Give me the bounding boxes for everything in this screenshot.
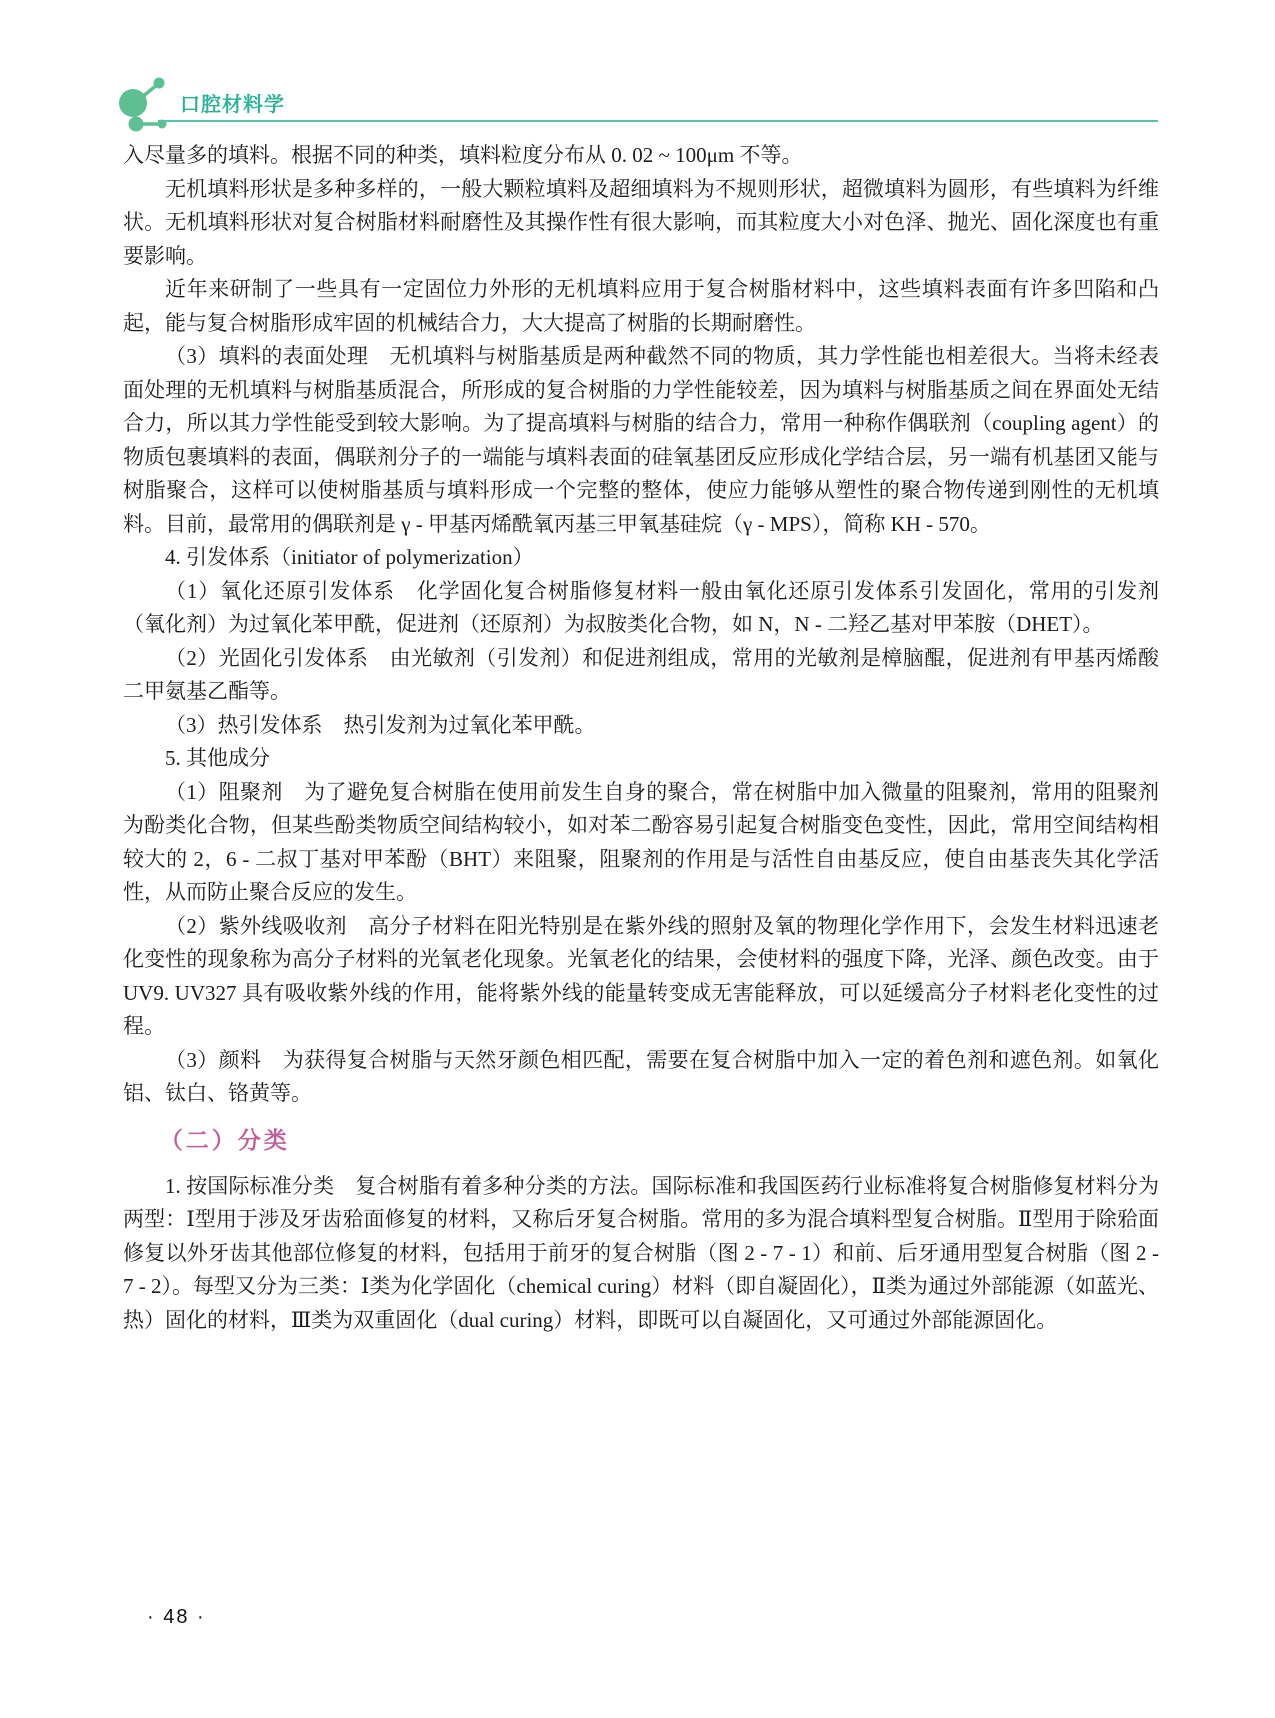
body-paragraph: （3）填料的表面处理 无机填料与树脂基质是两种截然不同的物质，其力学性能也相差很…: [123, 340, 1159, 541]
body-paragraph: 入尽量多的填料。根据不同的种类，填料粒度分布从 0. 02 ~ 100μm 不等…: [123, 139, 1159, 173]
body-paragraph: 近年来研制了一些具有一定固位力外形的无机填料应用于复合树脂材料中，这些填料表面有…: [123, 273, 1159, 340]
body-paragraph: 4. 引发体系（initiator of polymerization）: [123, 541, 1159, 575]
molecule-logo-icon: [112, 76, 174, 132]
body-paragraph: （1）氧化还原引发体系 化学固化复合树脂修复材料一般由氧化还原引发体系引发固化，…: [123, 575, 1159, 642]
section-heading: （二）分类: [123, 1124, 1159, 1158]
body-text: 入尽量多的填料。根据不同的种类，填料粒度分布从 0. 02 ~ 100μm 不等…: [123, 139, 1159, 1337]
body-paragraph: （3）热引发体系 热引发剂为过氧化苯甲酰。: [123, 709, 1159, 743]
body-paragraph: 无机填料形状是多种多样的，一般大颗粒填料及超细填料为不规则形状，超微填料为圆形，…: [123, 173, 1159, 274]
page-number: · 48 ·: [147, 1606, 206, 1629]
header-divider: [158, 120, 1158, 122]
body-paragraph: 1. 按国际标准分类 复合树脂有着多种分类的方法。国际标准和我国医药行业标准将复…: [123, 1170, 1159, 1338]
page-header: 口腔材料学: [0, 0, 1275, 140]
page-title: 口腔材料学: [180, 88, 285, 117]
body-paragraph: （2）光固化引发体系 由光敏剂（引发剂）和促进剂组成，常用的光敏剂是樟脑醌，促进…: [123, 642, 1159, 709]
body-paragraph: （1）阻聚剂 为了避免复合树脂在使用前发生自身的聚合，常在树脂中加入微量的阻聚剂…: [123, 776, 1159, 910]
textbook-page: 口腔材料学 入尽量多的填料。根据不同的种类，填料粒度分布从 0. 02 ~ 10…: [0, 0, 1275, 1718]
body-paragraph: （2）紫外线吸收剂 高分子材料在阳光特别是在紫外线的照射及氧的物理化学作用下，会…: [123, 910, 1159, 1044]
body-paragraph: 5. 其他成分: [123, 742, 1159, 776]
body-paragraph: （3）颜料 为获得复合树脂与天然牙颜色相匹配，需要在复合树脂中加入一定的着色剂和…: [123, 1044, 1159, 1111]
